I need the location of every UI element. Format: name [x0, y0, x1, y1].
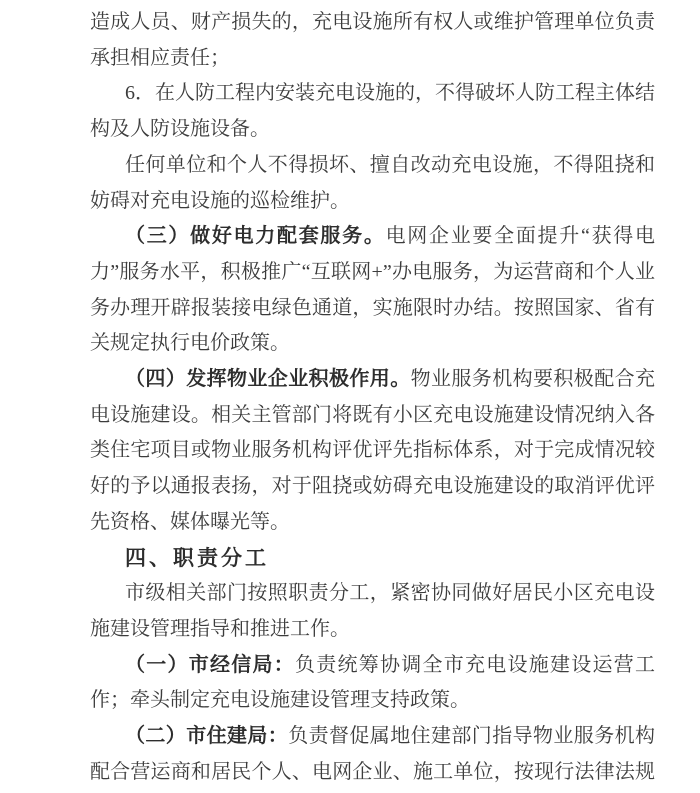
document-page: 造成人员、财产损失的，充电设施所有权人或维护管理单位负责承担相应责任；6．在人防…: [0, 0, 700, 793]
paragraph: （一）市经信局：负责统筹协调全市充电设施建设运营工作；牵头制定充电设施建设管理支…: [90, 648, 655, 719]
paragraph: （二）市住建局：负责督促属地住建部门指导物业服务机构配合营运商和居民个人、电网企…: [90, 719, 655, 790]
paragraph: （三）做好电力配套服务。电网企业要全面提升“获得电力”服务水平，积极推广“互联网…: [90, 219, 655, 362]
paragraph: （四）发挥物业企业积极作用。物业服务机构要积极配合充电设施建设。相关主管部门将既…: [90, 362, 655, 541]
paragraph: 市级相关部门按照职责分工，紧密协同做好居民小区充电设施建设管理指导和推进工作。: [90, 576, 655, 647]
text-segment: 造成人员、财产损失的，充电设施所有权人或维护管理单位负责承担相应责任；: [90, 11, 655, 69]
section-heading: 四、职责分工: [90, 541, 655, 577]
text-segment: 任何单位和个人不得损坏、擅自改动充电设施，不得阻挠和妨碍对充电设施的巡检维护。: [90, 154, 655, 212]
paragraph: 6．在人防工程内安装充电设施的，不得破坏人防工程主体结构及人防设施设备。: [90, 76, 655, 147]
bold-text-segment: （三）做好电力配套服务。: [125, 225, 386, 247]
bold-text-segment: （二）市住建局：: [125, 725, 288, 747]
bold-text-segment: （一）市经信局：: [125, 654, 295, 676]
text-segment: 物业服务机构要积极配合充电设施建设。相关主管部门将既有小区充电设施建设情况纳入各…: [90, 368, 655, 533]
text-segment: 6．在人防工程内安装充电设施的，不得破坏人防工程主体结构及人防设施设备。: [90, 82, 655, 140]
text-segment: 市级相关部门按照职责分工，紧密协同做好居民小区充电设施建设管理指导和推进工作。: [90, 582, 655, 640]
bold-text-segment: （四）发挥物业企业积极作用。: [125, 368, 411, 390]
bold-text-segment: 四、职责分工: [125, 547, 269, 570]
document-body: 造成人员、财产损失的，充电设施所有权人或维护管理单位负责承担相应责任；6．在人防…: [90, 5, 655, 790]
paragraph: 造成人员、财产损失的，充电设施所有权人或维护管理单位负责承担相应责任；: [90, 5, 655, 76]
paragraph: 任何单位和个人不得损坏、擅自改动充电设施，不得阻挠和妨碍对充电设施的巡检维护。: [90, 148, 655, 219]
